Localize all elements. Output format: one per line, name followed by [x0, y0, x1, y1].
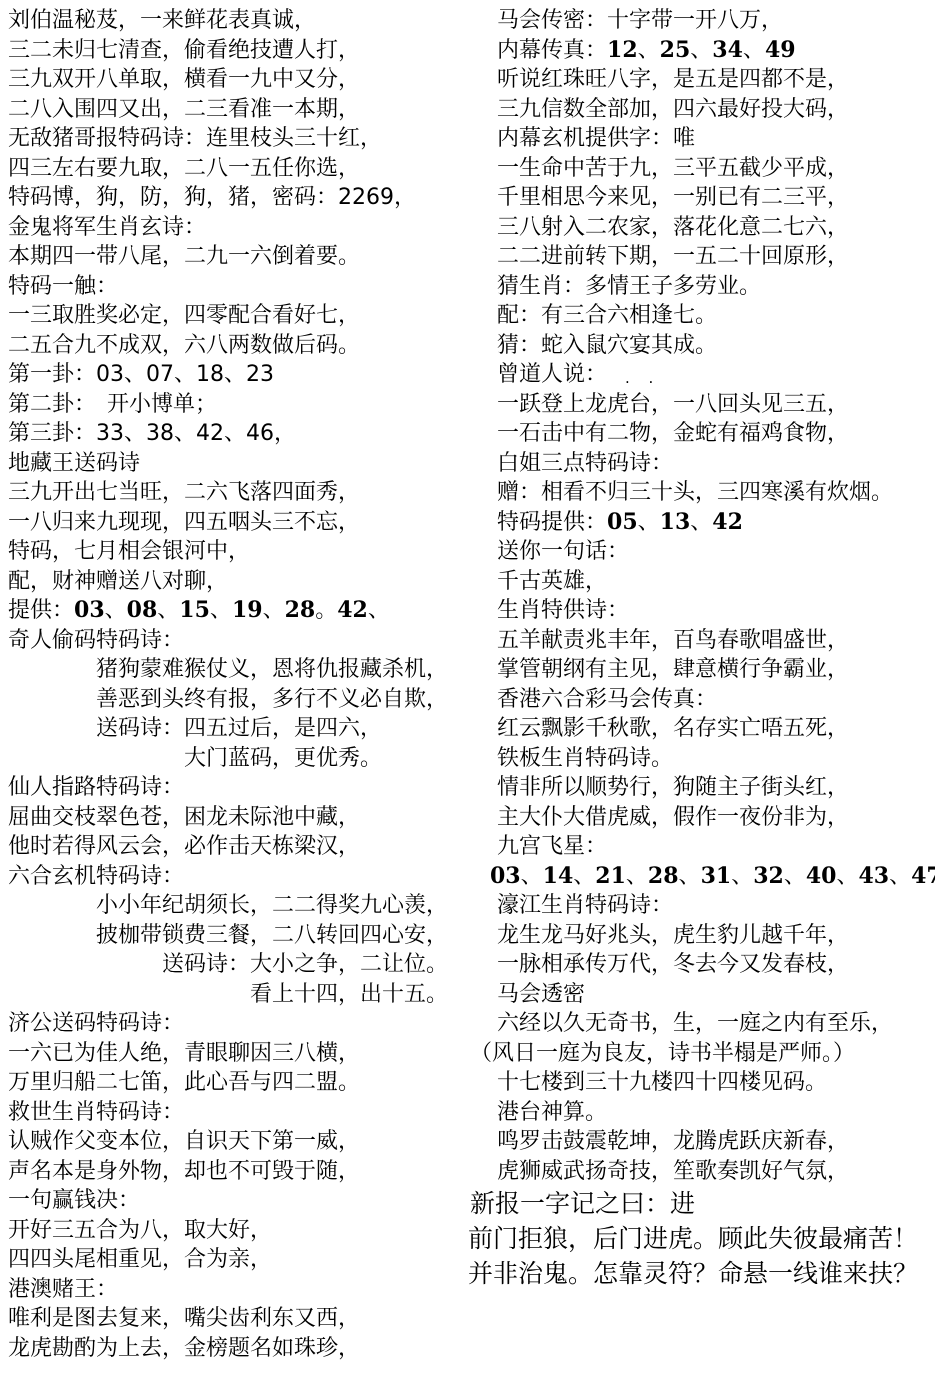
- text-line: 龙虎勘酌为上去，金榜题名如珠珍，: [8, 1334, 463, 1364]
- text-line: 一六已为佳人绝，青眼聊因三八横，: [8, 1039, 463, 1069]
- text-line: 掌管朝纲有主见，肆意横行争霸业，: [468, 655, 933, 685]
- text-line: 一跃登上龙虎台，一八回头见三五，: [468, 390, 933, 420]
- text-line: 刘伯温秘芨，一来鲜花表真诚，: [8, 6, 463, 36]
- text-line: 送码诗：大小之争，二让位。: [8, 950, 463, 980]
- text-line: 特码提供：05、13、42: [468, 508, 933, 538]
- text-line: 特码，七月相会银河中，: [8, 537, 463, 567]
- text-line: 赠：相看不归三十头，三四寒溪有炊烟。: [468, 478, 933, 508]
- text-line: 本期四一带八尾，二九一六倒着要。: [8, 242, 463, 272]
- text-line: 五羊献责兆丰年，百鸟春歌唱盛世，: [468, 626, 933, 656]
- text-line: 前门拒狼，后门进虎。顾此失彼最痛苦！: [468, 1221, 933, 1256]
- text-line: 一石击中有二物，金蛇有福鸡食物，: [468, 419, 933, 449]
- text-line: 济公送码特码诗：: [8, 1009, 463, 1039]
- text-line: 并非治鬼。怎靠灵符？命悬一线谁来扶？: [468, 1256, 933, 1291]
- text-line: 二二进前转下期，一五二十回原形，: [468, 242, 933, 272]
- text-line: 三二未归七清查，偷看绝技遭人打，: [8, 36, 463, 66]
- document-page: 刘伯温秘芨，一来鲜花表真诚，三二未归七清查，偷看绝技遭人打，三九双开八单取，横看…: [0, 0, 935, 1388]
- text-line: 马会传密：十字带一开八万，: [468, 6, 933, 36]
- text-line: 无敌猪哥报特码诗：连里枝头三十红，: [8, 124, 463, 154]
- text-line: 三九双开八单取，横看一九中又分，: [8, 65, 463, 95]
- text-line: 内幕玄机提供字：唯: [468, 124, 933, 154]
- text-line: 港澳赌王：: [8, 1275, 463, 1305]
- text-line: 开好三五合为八，取大好，: [8, 1216, 463, 1246]
- text-line: 一八归来九现现，四五咽头三不忘，: [8, 508, 463, 538]
- text-line: 三八射入二农家，落花化意二七六，: [468, 213, 933, 243]
- text-line: 香港六合彩马会传真：: [468, 685, 933, 715]
- text-line: 白姐三点特码诗：: [468, 449, 933, 479]
- text-line: 马会透密: [468, 980, 933, 1010]
- text-line: 一三取胜奖必定，四零配合看好七，: [8, 301, 463, 331]
- text-line: 四四头尾相重见，合为亲，: [8, 1245, 463, 1275]
- text-line: 地藏王送码诗: [8, 449, 463, 479]
- stray-dots: . .: [625, 369, 660, 387]
- text-line: 二八入围四又出，二三看准一本期，: [8, 95, 463, 125]
- text-line: 龙生龙马好兆头，虎生豹儿越千年，: [468, 921, 933, 951]
- text-line: 六合玄机特码诗：: [8, 862, 463, 892]
- text-line: 披枷带锁费三餐，二八转回四心安，: [8, 921, 463, 951]
- text-line: 内幕传真：12、25、34、49: [468, 36, 933, 66]
- text-line: 红云飘影千秋歌，名存实亡唔五死，: [468, 714, 933, 744]
- text-line: 送码诗：四五过后，是四六，: [8, 714, 463, 744]
- text-line: 铁板生肖特码诗。: [468, 744, 933, 774]
- text-line: 千古英雄，: [468, 567, 933, 597]
- text-line: 六经以久无奇书，生，一庭之内有至乐，: [468, 1009, 933, 1039]
- text-line: 特码博，狗，防，狗，猪，密码：2269，: [8, 183, 463, 213]
- text-line: 送你一句话：: [468, 537, 933, 567]
- text-line: 濠江生肖特码诗：: [468, 891, 933, 921]
- right-column: 马会传密：十字带一开八万，内幕传真：12、25、34、49听说红珠旺八字，是五是…: [468, 6, 933, 1291]
- text-line: 猜生肖：多情王子多劳业。: [468, 272, 933, 302]
- text-line: 听说红珠旺八字，是五是四都不是，: [468, 65, 933, 95]
- text-line: 声名本是身外物，却也不可毁于随，: [8, 1157, 463, 1187]
- text-line: 港台神算。: [468, 1098, 933, 1128]
- text-line: 第一卦：03、07、18、23: [8, 360, 463, 390]
- text-line: 主大仆大借虎威，假作一夜份非为，: [468, 803, 933, 833]
- text-line: 唯利是图去复来，嘴尖齿利东又西，: [8, 1304, 463, 1334]
- left-column: 刘伯温秘芨，一来鲜花表真诚，三二未归七清查，偷看绝技遭人打，三九双开八单取，横看…: [8, 6, 463, 1363]
- text-line: 金鬼将军生肖玄诗：: [8, 213, 463, 243]
- text-line: 鸣罗击鼓震乾坤，龙腾虎跃庆新春，: [468, 1127, 933, 1157]
- text-line: 虎狮威武扬奇技，笙歌奏凯好气氛，: [468, 1157, 933, 1187]
- text-line: 大门蓝码，更优秀。: [8, 744, 463, 774]
- text-line: 千里相思今来见，一别已有二三平，: [468, 183, 933, 213]
- text-line: 一生命中苦于九，三平五截少平成，: [468, 154, 933, 184]
- text-line: 万里归船二七笛，此心吾与四二盟。: [8, 1068, 463, 1098]
- text-line: 情非所以顺势行，狗随主子街头红，: [468, 773, 933, 803]
- text-line: 配：有三合六相逢七。: [468, 301, 933, 331]
- text-line: 特码一触：: [8, 272, 463, 302]
- text-line: （风日一庭为良友，诗书半榻是严师。）: [468, 1039, 933, 1069]
- text-line: 03、14、21、28、31、32、40、43、47。: [468, 862, 933, 892]
- text-line: 奇人偷码特码诗：: [8, 626, 463, 656]
- text-line: 配，财神赠送八对聊，: [8, 567, 463, 597]
- text-line: 善恶到头终有报，多行不义必自欺，: [8, 685, 463, 715]
- text-line: 九宫飞星：: [468, 832, 933, 862]
- text-line: 一句赢钱决：: [8, 1186, 463, 1216]
- text-line: 十七楼到三十九楼四十四楼见码。: [468, 1068, 933, 1098]
- text-line: 屈曲交枝翠色苍，困龙未际池中藏，: [8, 803, 463, 833]
- text-line: 他时若得风云会，必作击天栋梁汉，: [8, 832, 463, 862]
- text-line: 第二卦： 开小博单；: [8, 390, 463, 420]
- text-line: 看上十四，出十五。: [8, 980, 463, 1010]
- text-line: 生肖特供诗：: [468, 596, 933, 626]
- text-line: 三九开出七当旺，二六飞落四面秀，: [8, 478, 463, 508]
- text-line: 第三卦：33、38、42、46，: [8, 419, 463, 449]
- text-line: 二五合九不成双，六八两数做后码。: [8, 331, 463, 361]
- text-line: 一脉相承传万代，冬去今又发春枝，: [468, 950, 933, 980]
- text-line: 三九信数全部加，四六最好投大码，: [468, 95, 933, 125]
- text-line: 小小年纪胡须长，二二得奖九心羡，: [8, 891, 463, 921]
- text-line: 新报一字记之曰：进: [468, 1186, 933, 1221]
- text-line: 认贼作父变本位，自识天下第一威，: [8, 1127, 463, 1157]
- text-line: 曾道人说：. .: [468, 360, 933, 390]
- text-line: 仙人指路特码诗：: [8, 773, 463, 803]
- text-line: 猜：蛇入鼠穴宴其成。: [468, 331, 933, 361]
- text-line: 四三左右要九取，二八一五任你选，: [8, 154, 463, 184]
- text-line: 提供：03、08、15、19、28。42、: [8, 596, 463, 626]
- text-line: 猪狗蒙难猴仗义，恩将仇报藏杀机，: [8, 655, 463, 685]
- text-line: 救世生肖特码诗：: [8, 1098, 463, 1128]
